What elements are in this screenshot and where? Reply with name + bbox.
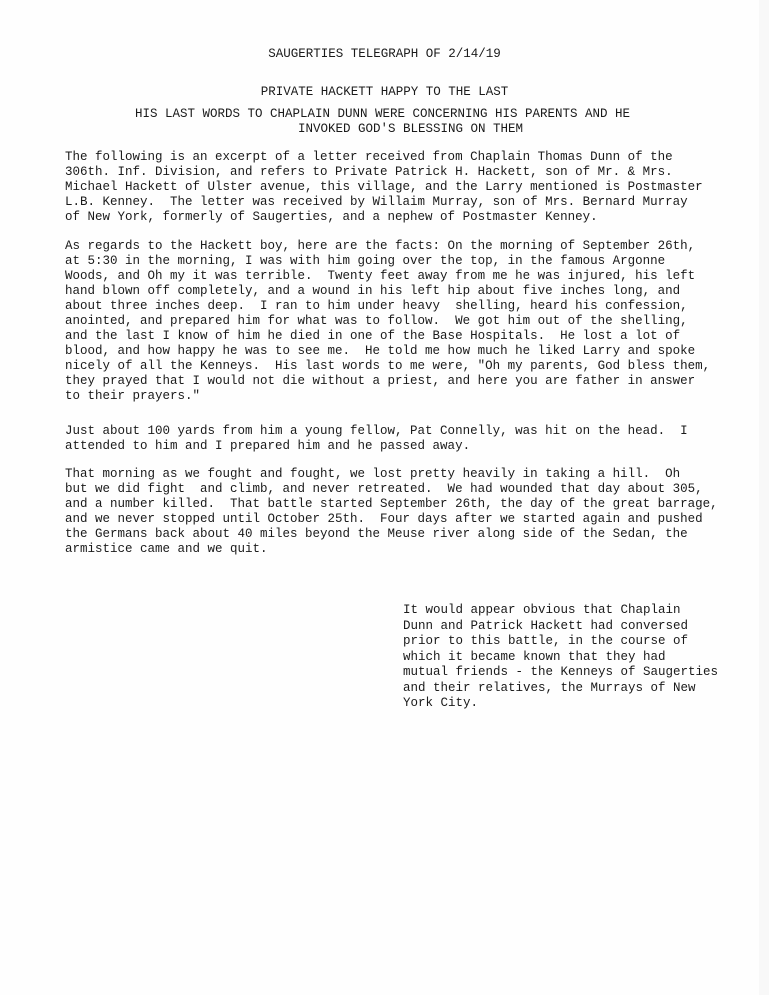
text-line: Woods, and Oh my it was terrible. Twenty…	[65, 269, 745, 284]
subheadline-line-2: INVOKED GOD'S BLESSING ON THEM	[26, 122, 769, 137]
text-line: That morning as we fought and fought, we…	[65, 467, 745, 482]
paragraph-intro: The following is an excerpt of a letter …	[65, 150, 745, 225]
text-line: hand blown off completely, and a wound i…	[65, 284, 745, 299]
text-line: which it became known that they had	[403, 650, 743, 666]
text-line: but we did fight and climb, and never re…	[65, 482, 745, 497]
text-line: attended to him and I prepared him and h…	[65, 439, 745, 454]
text-line: It would appear obvious that Chaplain	[403, 603, 743, 619]
document-page: SAUGERTIES TELEGRAPH OF 2/14/19 PRIVATE …	[0, 0, 769, 995]
text-line: mutual friends - the Kenneys of Saugerti…	[403, 665, 743, 681]
text-line: the Germans back about 40 miles beyond t…	[65, 527, 745, 542]
editor-note: It would appear obvious that Chaplain Du…	[403, 603, 743, 712]
text-line: armistice came and we quit.	[65, 542, 745, 557]
paragraph-battle: That morning as we fought and fought, we…	[65, 467, 745, 557]
text-line: and we never stopped until October 25th.…	[65, 512, 745, 527]
text-line: York City.	[403, 696, 743, 712]
text-line: As regards to the Hackett boy, here are …	[65, 239, 745, 254]
text-line: L.B. Kenney. The letter was received by …	[65, 195, 745, 210]
subheadline-line-1: HIS LAST WORDS TO CHAPLAIN DUNN WERE CON…	[0, 107, 767, 122]
text-line: and their relatives, the Murrays of New	[403, 681, 743, 697]
text-line: Michael Hackett of Ulster avenue, this v…	[65, 180, 745, 195]
paragraph-facts: As regards to the Hackett boy, here are …	[65, 239, 745, 404]
text-line: blood, and how happy he was to see me. H…	[65, 344, 745, 359]
text-line: nicely of all the Kenneys. His last word…	[65, 359, 745, 374]
text-line: at 5:30 in the morning, I was with him g…	[65, 254, 745, 269]
text-line: they prayed that I would not die without…	[65, 374, 745, 389]
paragraph-connelly: Just about 100 yards from him a young fe…	[65, 424, 745, 454]
text-line: Dunn and Patrick Hackett had conversed	[403, 619, 743, 635]
text-line: to their prayers."	[65, 389, 745, 404]
text-line: and the last I know of him he died in on…	[65, 329, 745, 344]
text-line: about three inches deep. I ran to him un…	[65, 299, 745, 314]
text-line: Just about 100 yards from him a young fe…	[65, 424, 745, 439]
text-line: 306th. Inf. Division, and refers to Priv…	[65, 165, 745, 180]
text-line: of New York, formerly of Saugerties, and…	[65, 210, 745, 225]
text-line: The following is an excerpt of a letter …	[65, 150, 745, 165]
headline: PRIVATE HACKETT HAPPY TO THE LAST	[0, 85, 769, 100]
text-line: and a number killed. That battle started…	[65, 497, 745, 512]
page-edge	[759, 0, 769, 995]
text-line: anointed, and prepared him for what was …	[65, 314, 745, 329]
text-line: prior to this battle, in the course of	[403, 634, 743, 650]
source-line: SAUGERTIES TELEGRAPH OF 2/14/19	[0, 47, 769, 62]
